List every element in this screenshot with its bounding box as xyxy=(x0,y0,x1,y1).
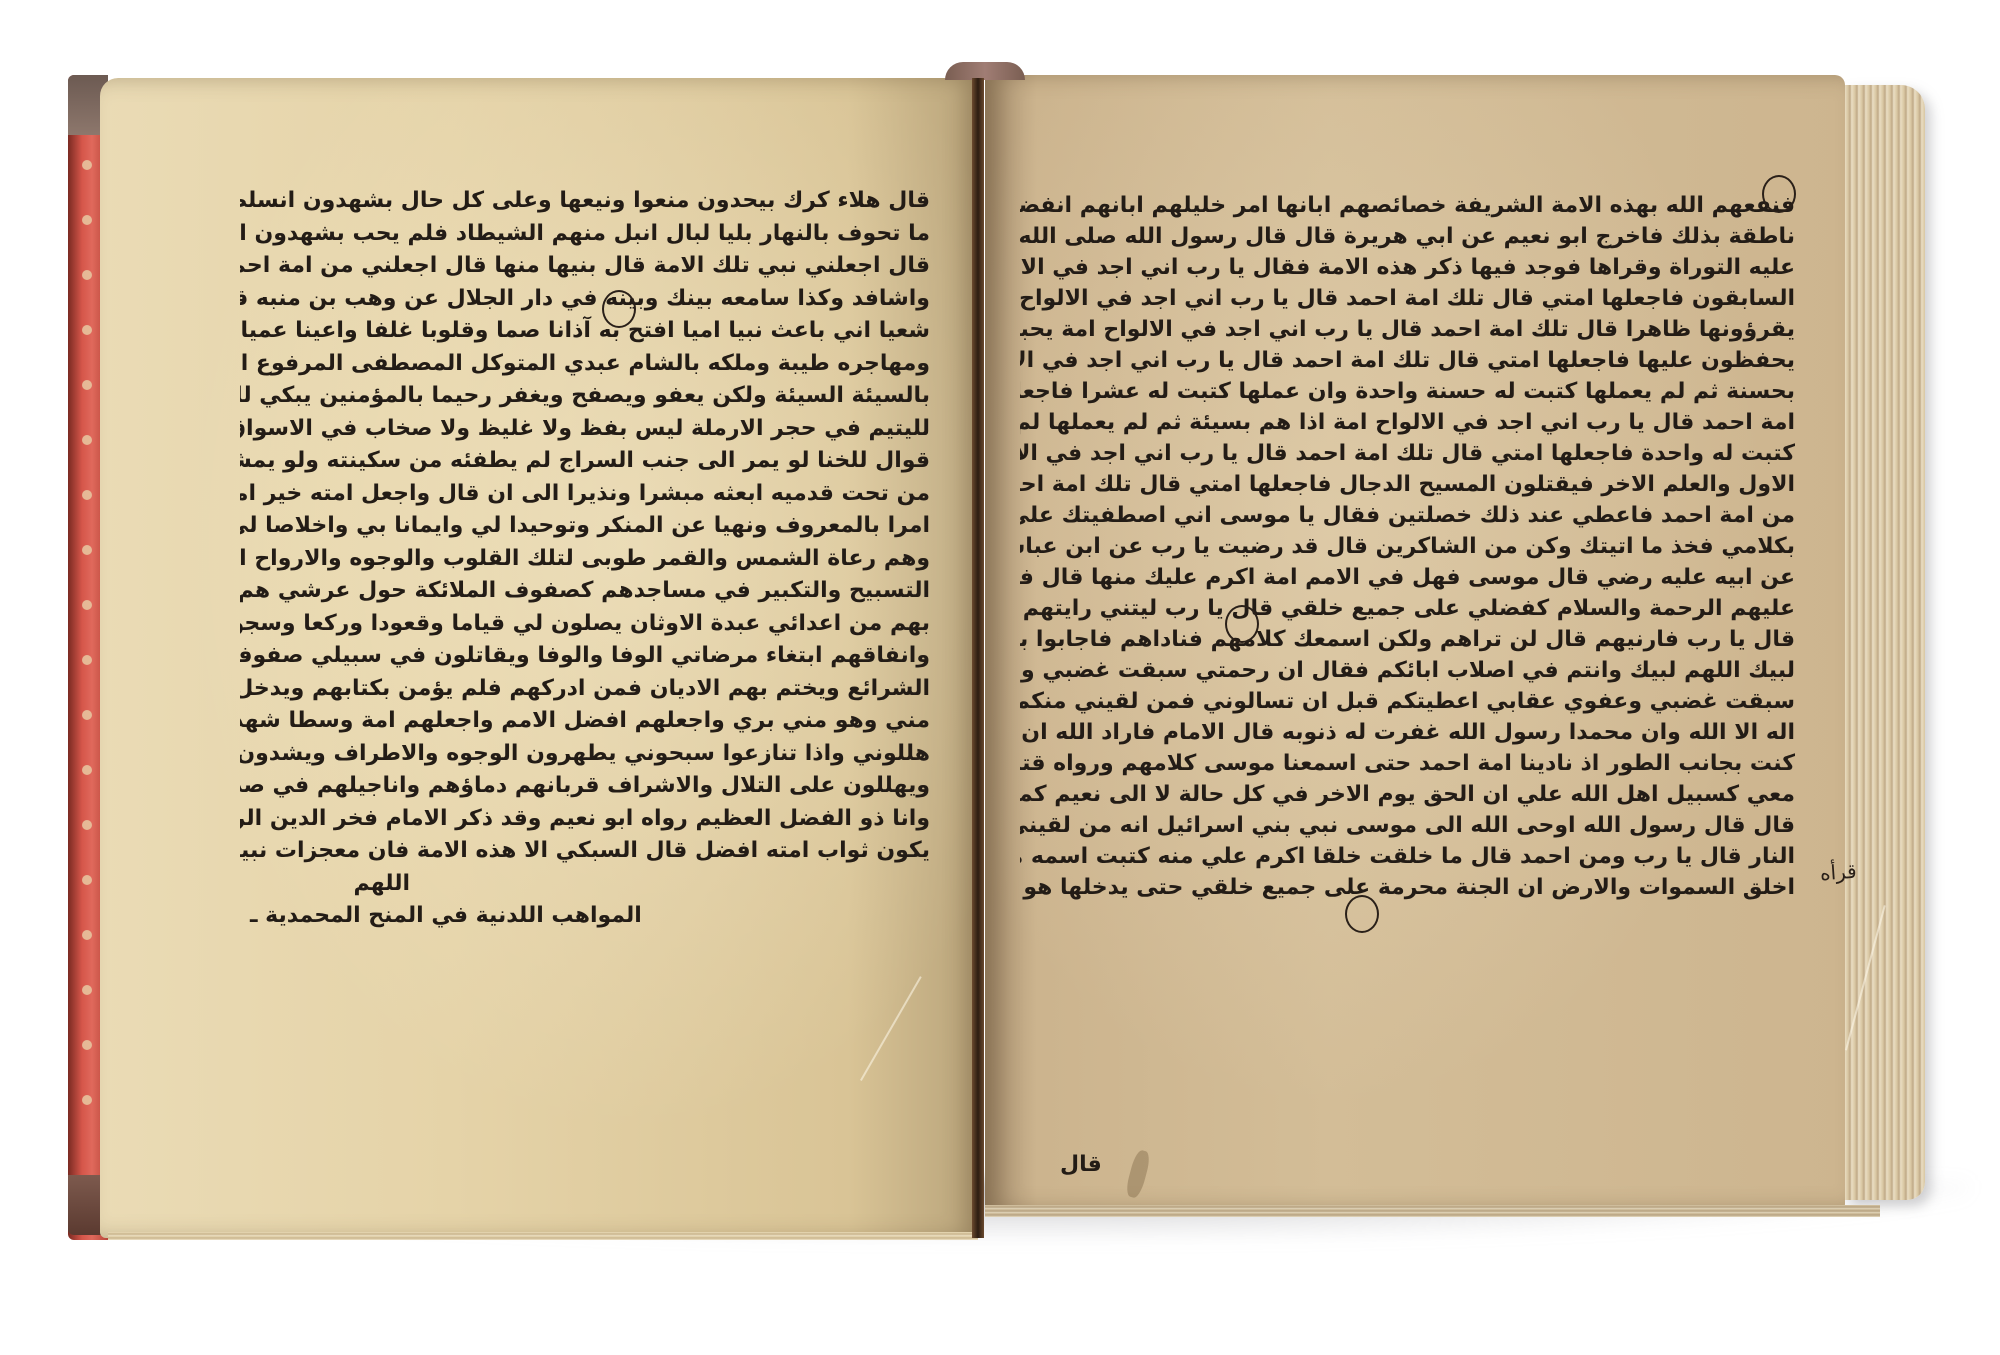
binding-dot xyxy=(82,215,92,225)
text-line: هللوني واذا تنازعوا سبحوني يطهرون الوجوه… xyxy=(240,738,930,771)
page-edges-stack xyxy=(1845,85,1925,1200)
text-line: معي كسبيل اهل الله علي ان الحق يوم الاخر… xyxy=(1020,779,1795,810)
manuscript-photo: قال هلاء كرك بيحدون منعوا ونيعها وعلى كل… xyxy=(0,0,2000,1355)
text-line: لبيك اللهم لبيك وانتم في اصلاب ابائكم فق… xyxy=(1020,655,1795,686)
text-line: بحسنة ثم لم يعملها كتبت له حسنة واحدة وا… xyxy=(1020,376,1795,407)
binding-dot xyxy=(82,545,92,555)
text-line: قال قال رسول الله اوحى الله الى موسى نبي… xyxy=(1020,810,1795,841)
left-page-text: قال هلاء كرك بيحدون منعوا ونيعها وعلى كل… xyxy=(240,185,930,933)
binding-dot xyxy=(82,1095,92,1105)
circled-abbreviation-mark xyxy=(1225,605,1259,643)
circled-abbreviation-mark xyxy=(1345,895,1379,933)
gutter xyxy=(972,78,984,1238)
text-line: لليتيم في حجر الارملة ليس بفظ ولا غليظ و… xyxy=(240,413,930,446)
right-page-bottom-edge xyxy=(985,1205,1880,1217)
text-line: فنفعهم الله بهذه الامة الشريفة خصائصهم ا… xyxy=(1020,190,1795,221)
text-line: ناطقة بذلك فاخرج ابو نعيم عن ابي هريرة ق… xyxy=(1020,221,1795,252)
text-line: بهم من اعدائي عبدة الاوثان يصلون لي قيام… xyxy=(240,608,930,641)
binding-dot xyxy=(82,985,92,995)
marginal-note: قرأه xyxy=(1819,859,1857,885)
text-line: وهم رعاة الشمس والقمر طوبى لتلك القلوب و… xyxy=(240,543,930,576)
left-page-bottom-edge xyxy=(108,1232,978,1240)
binding-dot xyxy=(82,930,92,940)
text-line: يقرؤونها ظاهرا قال تلك امة احمد قال يا ر… xyxy=(1020,314,1795,345)
binding-dot xyxy=(82,820,92,830)
text-line: قوال للخنا لو يمر الى جنب السراج لم يطفئ… xyxy=(240,445,930,478)
binding-dot xyxy=(82,270,92,280)
text-line: اللهم xyxy=(240,868,930,901)
text-line: الشرائع ويختم بهم الاديان فمن ادركهم فلم… xyxy=(240,673,930,706)
text-line: ما تحوف بالنهار بليا لبال انبل منهم الشي… xyxy=(240,218,930,251)
text-line: الاول والعلم الاخر فيقتلون المسيح الدجال… xyxy=(1020,469,1795,500)
text-line: السابقون فاجعلها امتي قال تلك امة احمد ق… xyxy=(1020,283,1795,314)
text-line: وانفاقهم ابتغاء مرضاتي الوفا والوفا ويقا… xyxy=(240,640,930,673)
text-line: شعيا اني باعث نبيا اميا افتح به آذانا صم… xyxy=(240,315,930,348)
text-line: عليهم الرحمة والسلام كفضلي على جميع خلقي… xyxy=(1020,593,1795,624)
text-line: من امة احمد فاعطي عند ذلك خصلتين فقال يا… xyxy=(1020,500,1795,531)
text-line: النار قال يا رب ومن احمد قال ما خلقت خلق… xyxy=(1020,841,1795,872)
text-line: قال يا رب فارنيهم قال لن تراهم ولكن اسمع… xyxy=(1020,624,1795,655)
text-line: واشافد وكذا سامعه بينك وبينه في دار الجل… xyxy=(240,283,930,316)
text-line: اخلق السموات والارض ان الجنة محرمة على ج… xyxy=(1020,872,1795,903)
binding-dot xyxy=(82,765,92,775)
catchword: قال xyxy=(1060,1152,1102,1177)
text-line: كتبت له واحدة فاجعلها امتي قال تلك امة ا… xyxy=(1020,438,1795,469)
binding-dot xyxy=(82,490,92,500)
text-line: عليه التوراة وقراها فوجد فيها ذكر هذه ال… xyxy=(1020,252,1795,283)
text-line: قال اجعلني نبي تلك الامة قال بنيها منها … xyxy=(240,250,930,283)
text-line: ويهللون على التلال والاشراف قربانهم دماؤ… xyxy=(240,770,930,803)
circled-abbreviation-mark xyxy=(1762,175,1796,213)
text-line: يحفظون عليها فاجعلها امتي قال تلك امة اح… xyxy=(1020,345,1795,376)
text-line: سبقت غضبي وعفوي عقابي اعطيتكم قبل ان تسا… xyxy=(1020,686,1795,717)
circled-abbreviation-mark xyxy=(602,290,636,328)
text-line: يكون ثواب امته افضل قال السبكي الا هذه ا… xyxy=(240,835,930,868)
text-line: بكلامي فخذ ما اتيتك وكن من الشاكرين قال … xyxy=(1020,531,1795,562)
text-line: امة احمد قال يا رب اني اجد في الالواح ام… xyxy=(1020,407,1795,438)
text-line: من تحت قدميه ابعثه مبشرا ونذيرا الى ان ق… xyxy=(240,478,930,511)
text-line: امرا بالمعروف ونهيا عن المنكر وتوحيدا لي… xyxy=(240,510,930,543)
binding-dot xyxy=(82,435,92,445)
colophon-line: المواهب اللدنية في المنح المحمدية ـ xyxy=(240,900,930,933)
text-line: التسبيح والتكبير في مساجدهم كصفوف الملائ… xyxy=(240,575,930,608)
text-line: اله الا الله وان محمدا رسول الله غفرت له… xyxy=(1020,717,1795,748)
binding-dot xyxy=(82,600,92,610)
binding-dot xyxy=(82,325,92,335)
binding-dot xyxy=(82,380,92,390)
binding-dot xyxy=(82,710,92,720)
binding-dot xyxy=(82,160,92,170)
binding-dot xyxy=(82,655,92,665)
text-line: وانا ذو الفضل العظيم رواه ابو نعيم وقد ذ… xyxy=(240,803,930,836)
text-line: قال هلاء كرك بيحدون منعوا ونيعها وعلى كل… xyxy=(240,185,930,218)
text-line: عن ابيه عليه رضي قال موسى فهل في الامم ا… xyxy=(1020,562,1795,593)
headband xyxy=(945,62,1025,80)
binding-dot xyxy=(82,1040,92,1050)
text-line: مني وهو مني بري واجعلهم افضل الامم واجعل… xyxy=(240,705,930,738)
text-line: ومهاجره طيبة وملكه بالشام عبدي المتوكل ا… xyxy=(240,348,930,381)
text-line: كنت بجانب الطور اذ نادينا امة احمد حتى ا… xyxy=(1020,748,1795,779)
right-page-text: فنفعهم الله بهذه الامة الشريفة خصائصهم ا… xyxy=(1020,190,1795,903)
binding-dot xyxy=(82,875,92,885)
text-line: بالسيئة السيئة ولكن يعفو ويصفح ويغفر رحي… xyxy=(240,380,930,413)
